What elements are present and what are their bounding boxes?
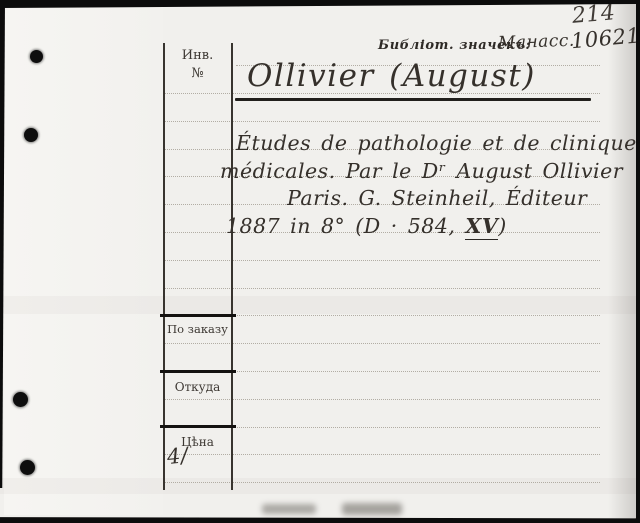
ruled-line [164, 399, 600, 400]
bleed-through-smudge [342, 503, 402, 515]
entry-title-line: médicales. Par le Dʳ August Ollivier [220, 161, 623, 182]
entry-collation-line: 1887 in 8° (D · 584, XV) [226, 216, 507, 237]
punch-hole [20, 460, 35, 475]
left-paper-margin [4, 7, 163, 515]
bleed-through-smudge [262, 504, 316, 514]
entry-title-line: Études de pathologie et de clinique [236, 133, 637, 154]
library-mark-name-handwritten: Манасс. [498, 33, 575, 53]
inventory-number-label: Инв. [163, 49, 232, 62]
scan-edge-right [636, 0, 640, 523]
ruled-line [164, 288, 600, 289]
column-right-border [231, 43, 233, 490]
punch-hole [13, 392, 28, 407]
order-label: По заказу [163, 324, 232, 336]
ruled-line [164, 454, 600, 455]
paper-shade-band [0, 296, 640, 314]
shelfmark-roman-numeral: XV [465, 214, 498, 240]
scanned-catalog-card: Инв. № По заказу Откуда Цѣна 4/ 214 Библ… [0, 0, 640, 523]
column-left-border [163, 43, 165, 490]
inventory-number-sign: № [163, 67, 232, 80]
entry-heading-author: Ollivier (August) [247, 61, 536, 92]
scan-edge-top [0, 0, 640, 8]
collation-suffix: ) [498, 214, 507, 238]
column-section-divider [160, 425, 236, 428]
punch-hole [30, 50, 43, 63]
ruled-line [164, 482, 600, 483]
column-section-divider [160, 314, 236, 317]
column-section-divider [160, 370, 236, 373]
entry-imprint-line: Paris. G. Steinheil, Éditeur [287, 188, 587, 209]
heading-underline [235, 98, 591, 101]
ruled-line [164, 343, 600, 344]
collation-prefix: 1887 in 8° (D · 584, [226, 214, 465, 238]
ruled-line [164, 260, 600, 261]
paper-shade-band [0, 478, 640, 494]
punch-hole [24, 128, 38, 142]
origin-label: Откуда [163, 381, 232, 393]
price-value-handwritten: 4/ [166, 445, 190, 468]
ruled-line [164, 121, 600, 122]
scan-edge-bottom [0, 514, 640, 523]
